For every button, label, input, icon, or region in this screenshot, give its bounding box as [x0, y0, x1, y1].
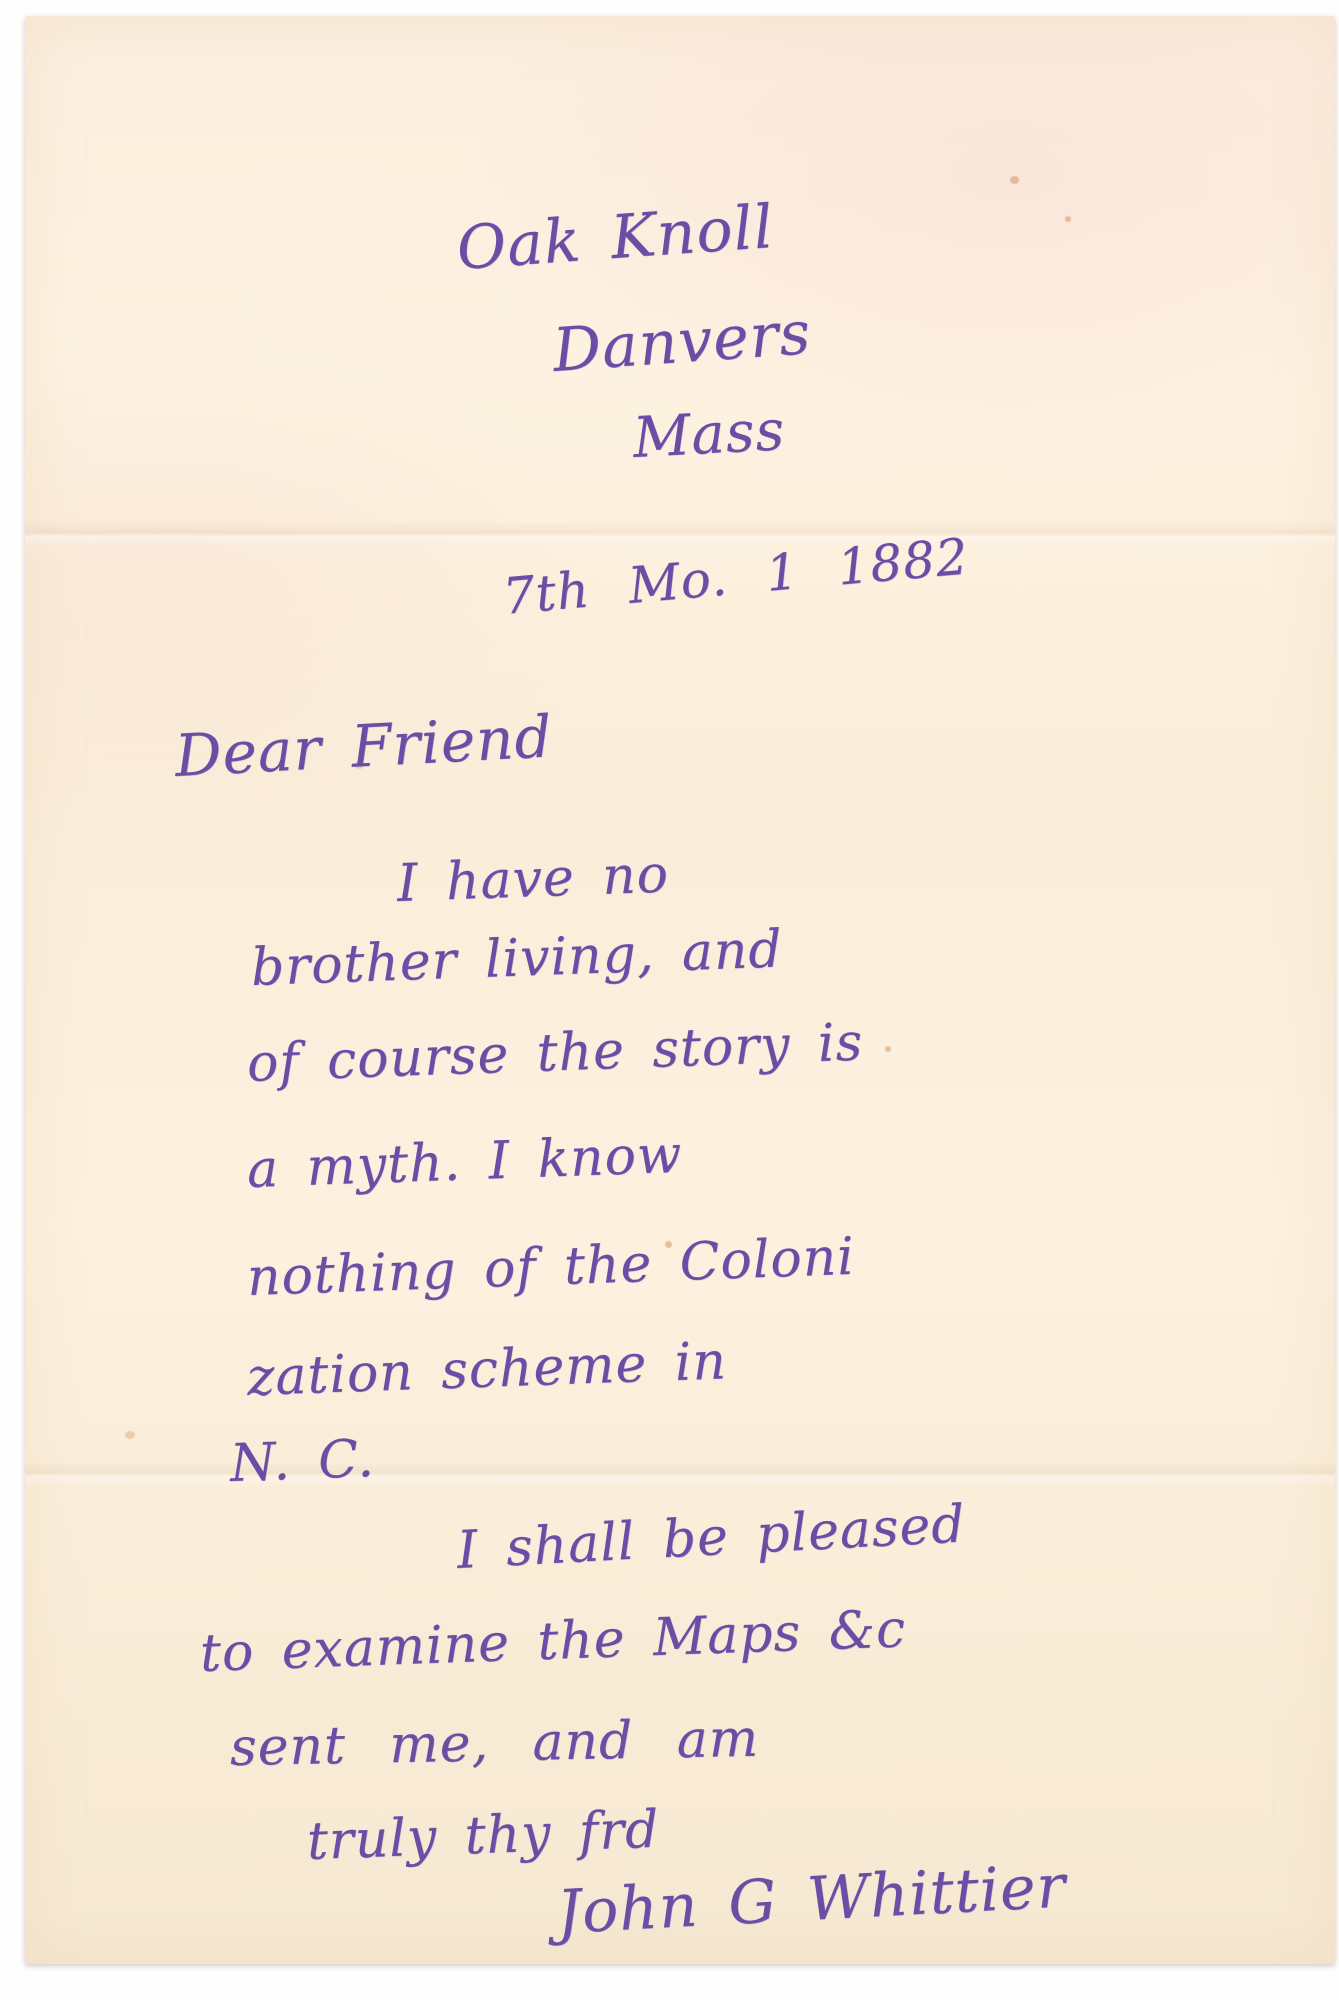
heading-place: Oak Knoll [455, 192, 776, 284]
body-line: sent me, and am [229, 1709, 759, 1778]
body-line: N. C. [229, 1429, 376, 1494]
letter-paper: Oak Knoll Danvers Mass 7th Mo. 1 1882 De… [25, 16, 1335, 1964]
body-line: a myth. I know [246, 1125, 683, 1200]
foxing-speckle [125, 1431, 135, 1439]
heading-state: Mass [631, 398, 786, 471]
closing: truly thy frd [306, 1800, 660, 1872]
heading-town: Danvers [551, 298, 814, 386]
fold-crease [25, 1461, 1335, 1487]
body-line: I have no [396, 845, 670, 914]
letter-scan: Oak Knoll Danvers Mass 7th Mo. 1 1882 De… [0, 0, 1339, 2000]
heading-date: 7th Mo. 1 1882 [500, 527, 970, 625]
body-line: zation scheme in [246, 1331, 728, 1408]
body-line: I shall be pleased [455, 1494, 967, 1581]
salutation: Dear Friend [173, 702, 554, 790]
foxing-speckle [885, 1046, 891, 1052]
foxing-speckle [1010, 176, 1019, 184]
body-line: nothing of the Coloni [246, 1227, 856, 1308]
body-line: brother living, and [250, 919, 784, 998]
body-line: of course the story is [246, 1013, 864, 1094]
signature: John G Whittier [555, 1851, 1068, 1948]
foxing-speckle [1065, 216, 1071, 222]
fold-crease [25, 521, 1335, 547]
body-line: to examine the Maps &c [199, 1599, 907, 1684]
